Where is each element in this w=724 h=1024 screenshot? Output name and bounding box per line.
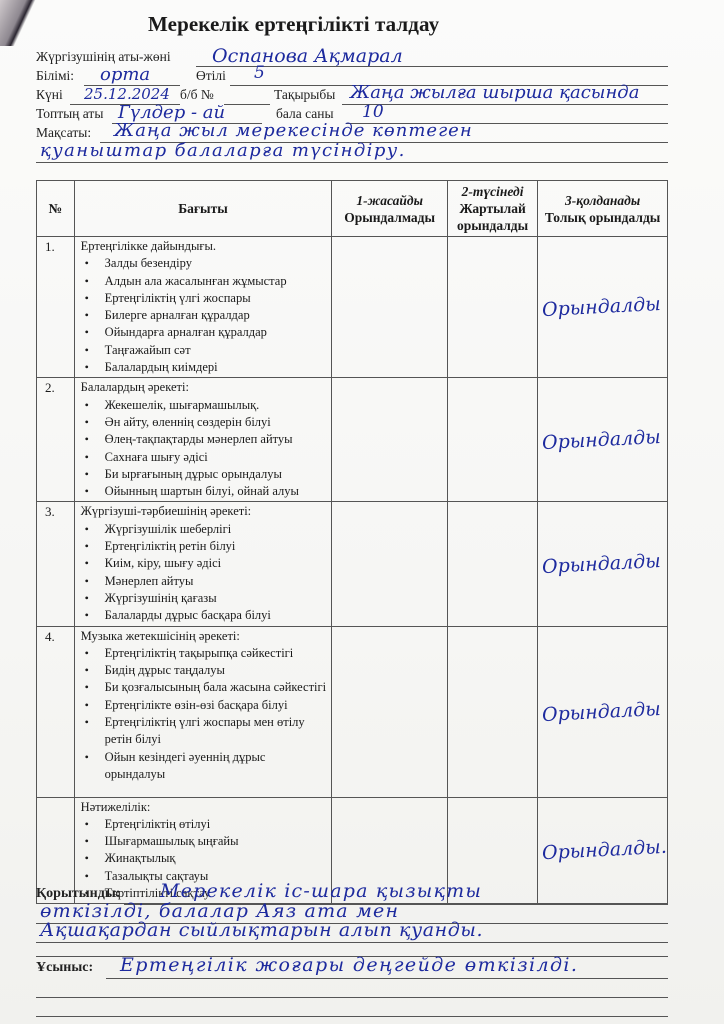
document-title: Мерекелік ертеңгілікті талдау [148,12,439,37]
criteria-item: Жинақтылық [81,850,328,867]
criteria-item: Ойындарға арналған құралдар [81,324,328,341]
row-number: 3. [37,502,75,626]
criteria-list: Ертеңгіліктің тақырыпқа сәйкестігіБидің … [81,645,328,783]
row-criteria: Жүргізуші-тәрбиешінің әрекеті:Жүргізушіл… [74,502,332,626]
cell-full[interactable]: Орындалды [538,502,668,626]
header-full-label: Толық орындалды [545,210,660,225]
criteria-item: Сахнаға шығу әдісі [81,449,328,466]
criteria-item: Киім, кіру, шығу әдісі [81,555,328,572]
mark-full: Орындалды [542,550,662,578]
criteria-item: Таңғажайып сәт [81,342,328,359]
goal-underline-2 [36,162,668,163]
criteria-item: Мәнерлеп айтуы [81,573,328,590]
group-name-label: Топтың аты [36,106,103,122]
date-value[interactable]: 25.12.2024 [84,85,170,103]
row-criteria: Музыка жетекшісінің әрекеті:Ертеңгілікті… [74,626,332,797]
mark-full: Орындалды [542,293,662,321]
education-label: Білімі: [36,68,74,84]
criteria-item: Ертеңгіліктің ретін білуі [81,538,328,555]
header-full: 3-қолданадыТолық орындалды [538,181,668,237]
children-count-value[interactable]: 10 [362,102,384,122]
criteria-item: Ертеңгіліктің үлгі жоспары [81,290,328,307]
row-heading: Балалардың әрекеті: [81,379,328,396]
goal-label: Мақсаты: [36,125,91,141]
mark-full: Орындалды. [542,836,668,864]
header-partial-level: 2-түсінеді [450,183,535,200]
recommendation-underline-3 [36,1016,668,1017]
cell-partial[interactable] [447,626,537,797]
evaluation-table: № Бағыты 1-жасайдыОрындалмады 2-түсінеді… [36,180,668,904]
criteria-item: Залды безендіру [81,255,328,272]
criteria-item: Ойынның шартын білуі, ойнай алуы [81,483,328,500]
topic-value[interactable]: Жаңа жылға шырша қасында [350,82,639,103]
row-heading: Нәтижелілік: [81,799,328,816]
header-partial: 2-түсінедіЖартылай орындалды [447,181,537,237]
conclusion-underline-3 [36,942,668,943]
experience-label: Өтілі [196,68,226,84]
table-row: 2.Балалардың әрекеті:Жекешелік, шығармаш… [37,378,668,502]
row-heading: Музыка жетекшісінің әрекеті: [81,628,328,645]
mark-full: Орындалды [542,697,662,725]
cell-partial[interactable] [447,502,537,626]
cell-not-done[interactable] [332,502,448,626]
goal-value-line-2[interactable]: қуаныштар балаларға түсіндіру. [40,140,406,161]
criteria-item: Билерге арналған құралдар [81,307,328,324]
criteria-item: Би ырғағының дұрыс орындалуы [81,466,328,483]
cell-partial[interactable] [447,378,537,502]
criteria-item: Балаларды дұрыс басқара білуі [81,607,328,624]
recommendation-underline-2 [36,997,668,998]
education-value[interactable]: орта [100,64,150,85]
leader-label: Жүргізушінің аты-жөні [36,49,171,65]
date-label: Күні [36,87,63,103]
row-number: 2. [37,378,75,502]
recommendation-line-1[interactable]: Ертеңгілік жоғары деңгейде өткізілді. [120,954,578,976]
group-no-label: б/б № [180,87,214,103]
table-row: 3.Жүргізуші-тәрбиешінің әрекеті:Жүргізуш… [37,502,668,626]
criteria-item: Би қозғалысының бала жасына сәйкестігі [81,679,328,696]
leader-value[interactable]: Оспанова Ақмарал [212,45,403,67]
row-criteria: Ертеңгілікке дайындығы.Залды безендіруАл… [74,237,332,378]
conclusion-line-1[interactable]: Мерекелік іс-шара қызықты [160,880,482,902]
criteria-item: Балалардың киімдері [81,359,328,376]
cell-not-done[interactable] [332,237,448,378]
table-row: 4.Музыка жетекшісінің әрекеті:Ертеңгілік… [37,626,668,797]
cell-full[interactable]: Орындалды [538,378,668,502]
cell-full[interactable]: Орындалды [538,626,668,797]
scan-edge-shadow [0,0,36,46]
row-heading: Ертеңгілікке дайындығы. [81,238,328,255]
experience-value[interactable]: 5 [254,63,265,83]
criteria-item: Бидің дұрыс таңдалуы [81,662,328,679]
criteria-item: Өлең-тақпақтарды мәнерлеп айтуы [81,431,328,448]
row-criteria: Балалардың әрекеті:Жекешелік, шығармашыл… [74,378,332,502]
table-header-row: № Бағыты 1-жасайдыОрындалмады 2-түсінеді… [37,181,668,237]
criteria-item: Ән айту, өленнің сөздерін білуі [81,414,328,431]
header-direction: Бағыты [74,181,332,237]
goal-value-line-1[interactable]: Жаңа жыл мерекесінде көптеген [114,120,473,141]
criteria-list: Жүргізушілік шеберлігіЕртеңгіліктің реті… [81,521,328,625]
criteria-item: Ойын кезіндегі әуеннің дұрыс орындалуы [81,749,328,784]
criteria-item: Жекешелік, шығармашылық. [81,397,328,414]
criteria-item: Ертеңгіліктің өтілуі [81,816,328,833]
cell-not-done[interactable] [332,378,448,502]
header-not-done-label: Орындалмады [344,210,435,225]
criteria-list: Жекешелік, шығармашылық.Ән айту, өленнің… [81,397,328,501]
table-row: 1.Ертеңгілікке дайындығы.Залды безендіру… [37,237,668,378]
row-heading: Жүргізуші-тәрбиешінің әрекеті: [81,503,328,520]
conclusion-line-3[interactable]: Ақшақардан сыйлықтарын алып қуанды. [40,919,483,941]
recommendation-underline-1 [106,978,668,979]
cell-not-done[interactable] [332,626,448,797]
header-num: № [37,181,75,237]
criteria-item: Жүргізушілік шеберлігі [81,521,328,538]
cell-full[interactable]: Орындалды. [538,797,668,904]
header-partial-label: Жартылай орындалды [457,201,528,233]
criteria-item: Ертеңгілікте өзін-өзі басқара білуі [81,697,328,714]
row-number: 1. [37,237,75,378]
cell-full[interactable]: Орындалды [538,237,668,378]
header-full-level: 3-қолданады [540,192,665,209]
cell-partial[interactable] [447,237,537,378]
topic-underline [342,104,668,105]
recommendation-label: Ұсыныс: [36,960,93,976]
topic-label: Тақырыбы [274,87,335,103]
group-no-underline [224,104,270,105]
criteria-item: Ертеңгіліктің тақырыпқа сәйкестігі [81,645,328,662]
criteria-item: Алдын ала жасалынған жұмыстар [81,273,328,290]
document-page: Мерекелік ертеңгілікті талдау Жүргізушін… [0,0,724,1024]
header-not-done-level: 1-жасайды [334,192,445,209]
criteria-list: Залды безендіруАлдын ала жасалынған жұмы… [81,255,328,376]
row-number: 4. [37,626,75,797]
mark-full: Орындалды [542,426,662,454]
header-not-done: 1-жасайдыОрындалмады [332,181,448,237]
criteria-item: Ертеңгіліктің үлгі жоспары мен өтілу рет… [81,714,328,749]
criteria-item: Шығармашылық ыңғайы [81,833,328,850]
criteria-item: Жүргізушінің қағазы [81,590,328,607]
